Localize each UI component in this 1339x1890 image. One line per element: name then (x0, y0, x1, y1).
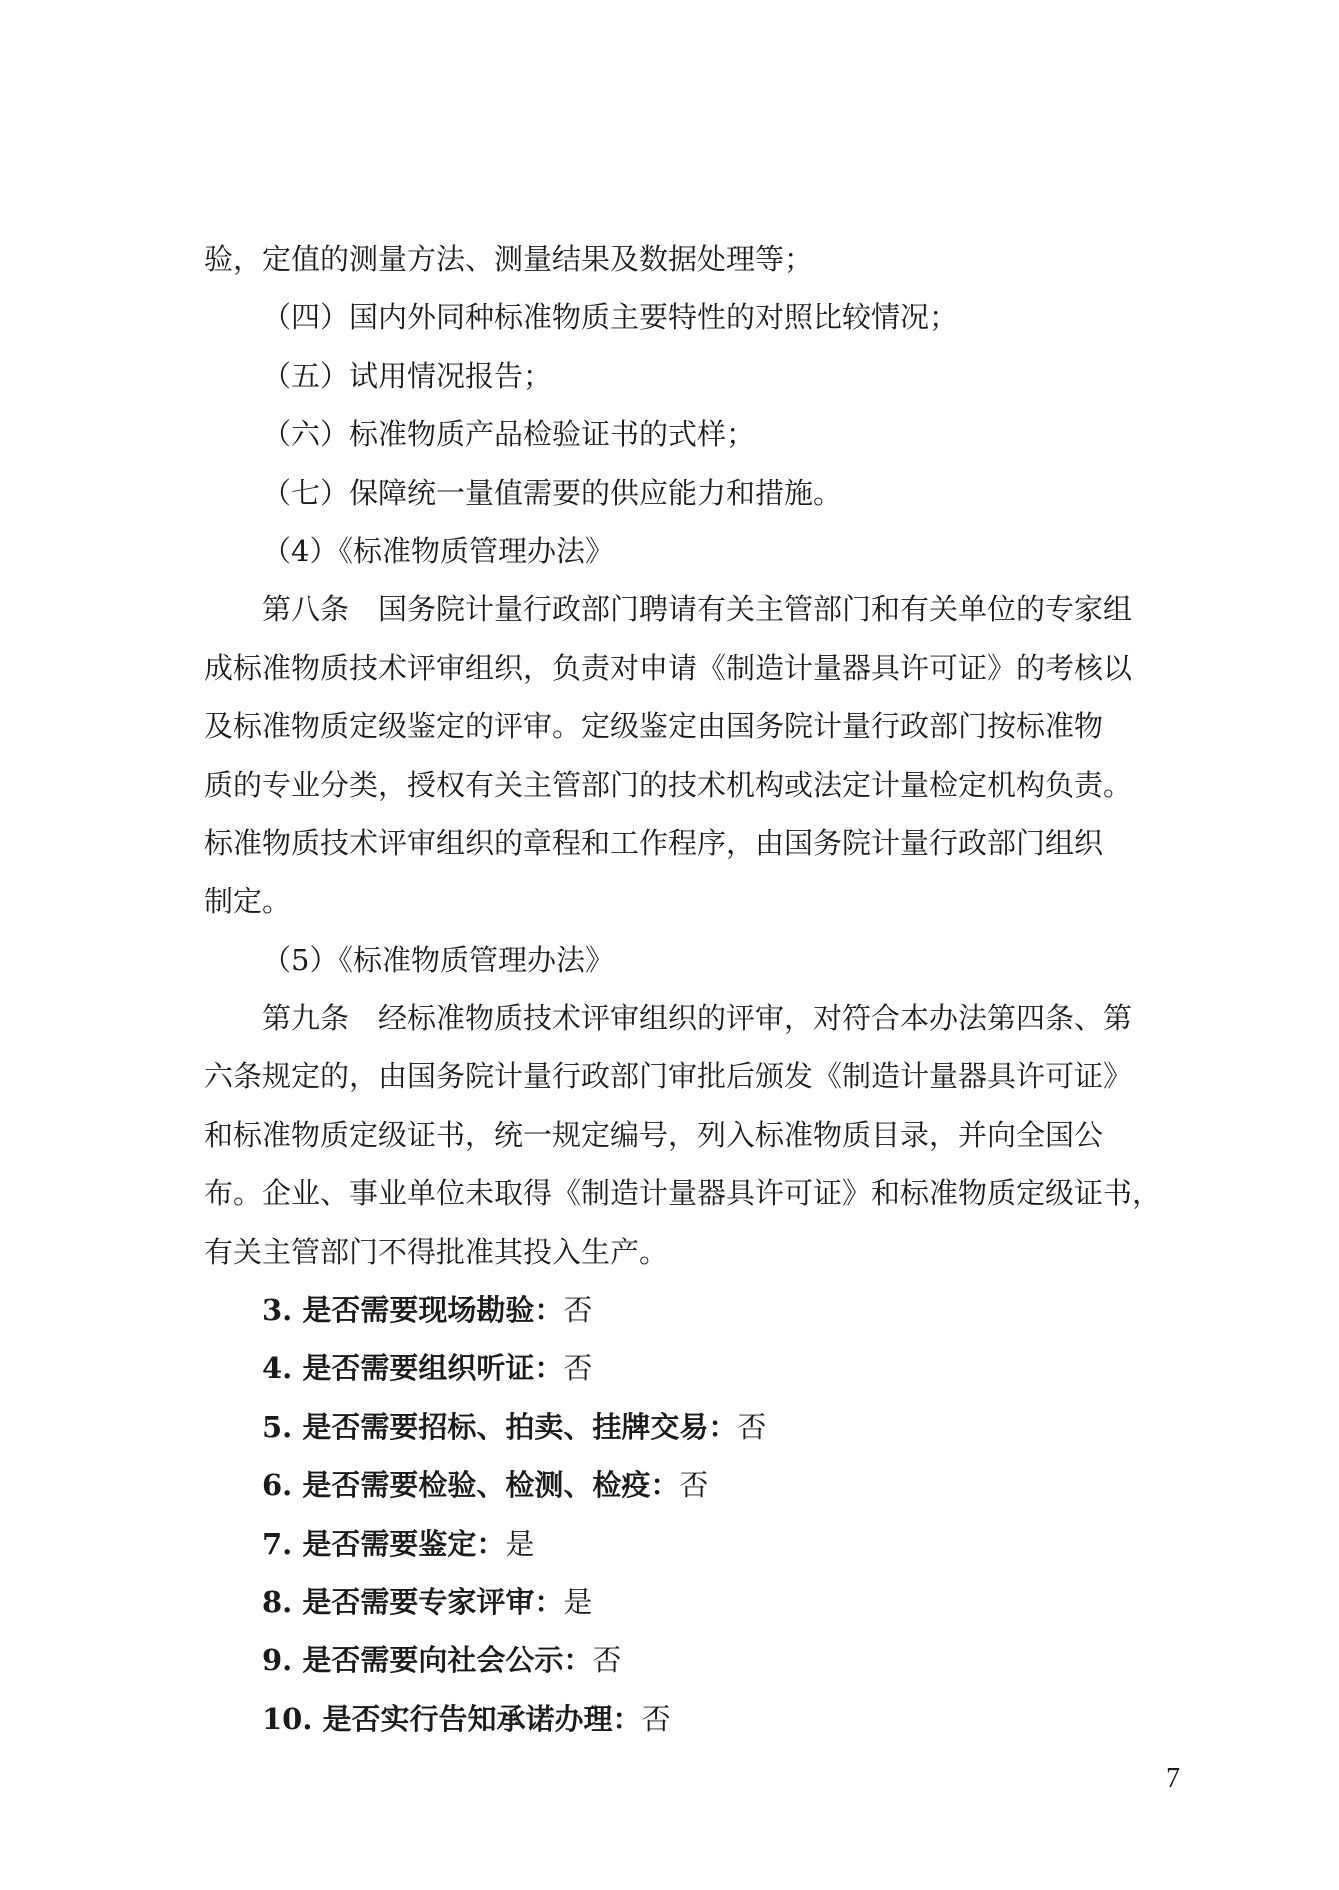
question-item: 6. 是否需要检验、检测、检疫：否 (204, 1456, 1194, 1514)
question-label: 8. 是否需要专家评审： (262, 1585, 563, 1619)
question-item: 10. 是否实行告知承诺办理：否 (204, 1690, 1194, 1748)
article-9-line: 有关主管部门不得批准其投入生产。 (204, 1223, 1194, 1281)
article-8-line: 制定。 (204, 872, 1194, 930)
question-answer: 是 (505, 1527, 534, 1561)
question-item: 4. 是否需要组织听证：否 (204, 1339, 1194, 1397)
article-9-line: 和标准物质定级证书，统一规定编号，列入标准物质目录，并向全国公 (204, 1106, 1194, 1164)
question-answer: 否 (679, 1468, 708, 1502)
basis-4-heading: （4）《标准物质管理办法》 (204, 522, 1194, 580)
question-item: 9. 是否需要向社会公示：否 (204, 1631, 1194, 1689)
document-page: 验，定值的测量方法、测量结果及数据处理等； （四）国内外同种标准物质主要特性的对… (0, 0, 1339, 1890)
article-9-line: 六条规定的，由国务院计量行政部门审批后颁发《制造计量器具许可证》 (204, 1047, 1194, 1105)
question-answer: 是 (563, 1585, 592, 1619)
question-label: 3. 是否需要现场勘验： (262, 1293, 563, 1327)
question-answer: 否 (563, 1293, 592, 1327)
article-9-line: 第九条 经标准物质技术评审组织的评审，对符合本办法第四条、第 (204, 989, 1194, 1047)
article-8-line: 成标准物质技术评审组织，负责对申请《制造计量器具许可证》的考核以 (204, 639, 1194, 697)
question-answer: 否 (737, 1410, 766, 1444)
materials-item: （七）保障统一量值需要的供应能力和措施。 (204, 464, 1194, 522)
question-label: 5. 是否需要招标、拍卖、挂牌交易： (262, 1410, 737, 1444)
question-label: 6. 是否需要检验、检测、检疫： (262, 1468, 679, 1502)
article-8-line: 质的专业分类，授权有关主管部门的技术机构或法定计量检定机构负责。 (204, 756, 1194, 814)
question-item: 3. 是否需要现场勘验：否 (204, 1281, 1194, 1339)
basis-5-heading: （5）《标准物质管理办法》 (204, 931, 1194, 989)
question-label: 7. 是否需要鉴定： (262, 1527, 505, 1561)
document-body: 验，定值的测量方法、测量结果及数据处理等； （四）国内外同种标准物质主要特性的对… (204, 230, 1194, 1748)
question-label: 4. 是否需要组织听证： (262, 1351, 563, 1385)
question-item: 5. 是否需要招标、拍卖、挂牌交易：否 (204, 1398, 1194, 1456)
question-answer: 否 (642, 1702, 671, 1736)
question-item: 7. 是否需要鉴定：是 (204, 1515, 1194, 1573)
question-answer: 否 (563, 1351, 592, 1385)
article-8-line: 标准物质技术评审组织的章程和工作程序，由国务院计量行政部门组织 (204, 814, 1194, 872)
materials-item: （五）试用情况报告； (204, 347, 1194, 405)
question-label: 9. 是否需要向社会公示： (262, 1643, 592, 1677)
question-item: 8. 是否需要专家评审：是 (204, 1573, 1194, 1631)
question-answer: 否 (592, 1643, 621, 1677)
article-8-line: 及标准物质定级鉴定的评审。定级鉴定由国务院计量行政部门按标准物 (204, 697, 1194, 755)
article-8-line: 第八条 国务院计量行政部门聘请有关主管部门和有关单位的专家组 (204, 580, 1194, 638)
article-9-line: 布。企业、事业单位未取得《制造计量器具许可证》和标准物质定级证书， (204, 1164, 1194, 1222)
materials-item: （六）标准物质产品检验证书的式样； (204, 405, 1194, 463)
continuation-line: 验，定值的测量方法、测量结果及数据处理等； (204, 230, 1194, 288)
page-number: 7 (1166, 1764, 1180, 1794)
question-label: 10. 是否实行告知承诺办理： (262, 1702, 642, 1736)
materials-item: （四）国内外同种标准物质主要特性的对照比较情况； (204, 288, 1194, 346)
